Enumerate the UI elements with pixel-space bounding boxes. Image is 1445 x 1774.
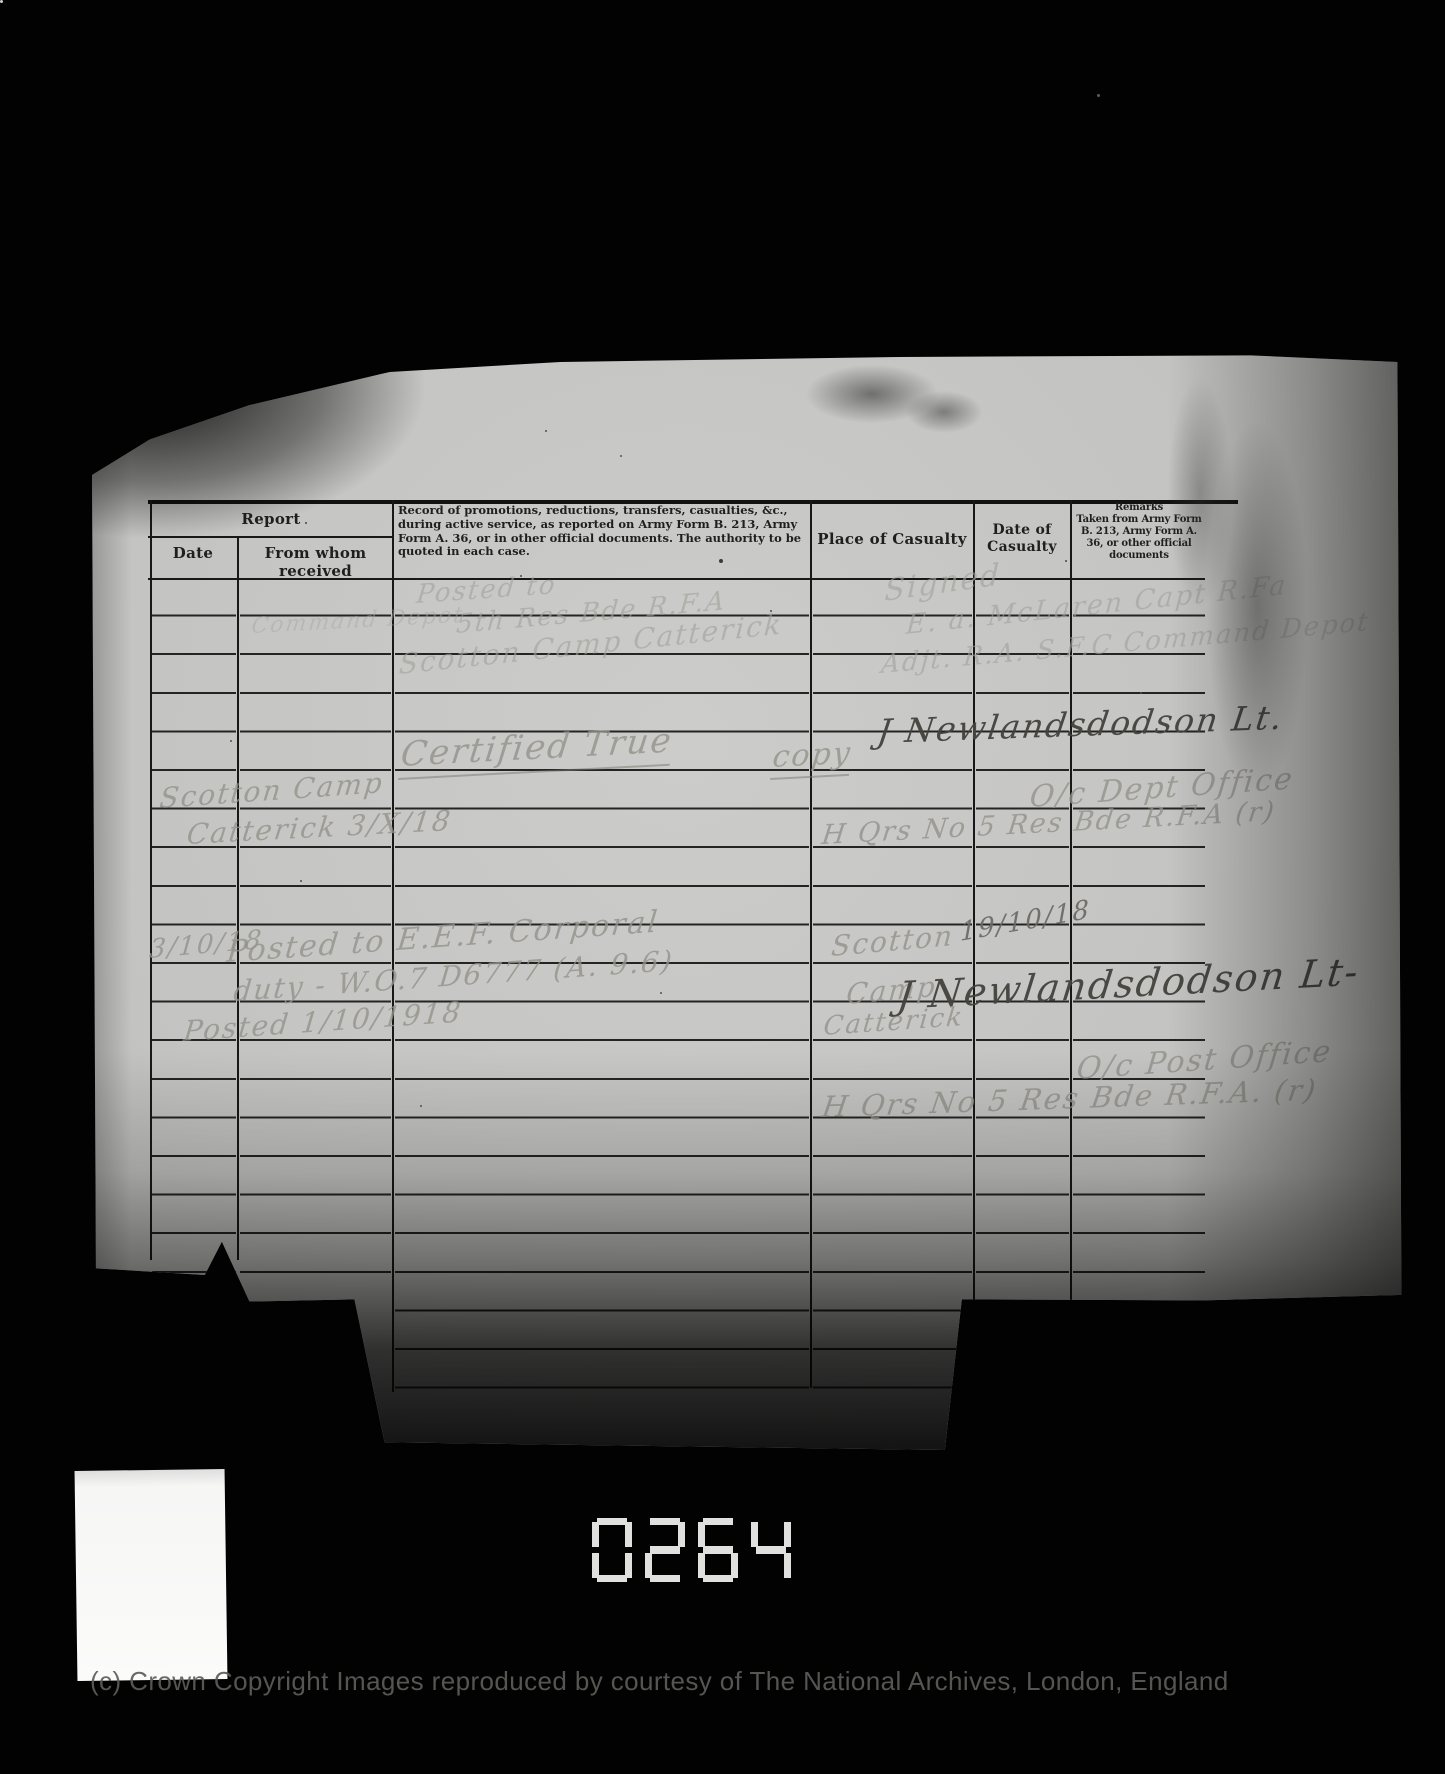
handwriting-layer: Posted toSignedCommand Depot5th Res Bde …: [92, 352, 1404, 1460]
handwriting-entry: Catterick: [822, 1002, 966, 1042]
handwriting-entry: J Newlandsdodson Lt.: [875, 698, 1287, 751]
handwriting-entry: Command Depot: [250, 603, 466, 639]
counter-digit: [698, 1518, 738, 1582]
handwriting-entry: 19/10/18: [960, 894, 1091, 948]
handwriting-entry: Posted 1/10/1918: [182, 995, 464, 1048]
handwriting-entry: Scotton Camp: [158, 766, 386, 815]
paper-sheet: Report Date From whom received Record of…: [92, 352, 1404, 1460]
scanned-page: Report Date From whom received Record of…: [0, 0, 1445, 1774]
copyright-text: (c) Crown Copyright Images reproduced by…: [90, 1666, 1410, 1697]
handwriting-entry: copy: [770, 736, 854, 780]
dust-specks: [0, 0, 3, 3]
white-reference-card: [75, 1469, 228, 1681]
counter-digit: [592, 1518, 632, 1582]
frame-counter: [592, 1518, 791, 1582]
handwriting-entry: H Qrs No 5 Res Bde R.F.A. (r): [820, 1073, 1320, 1124]
handwriting-entry: J Newlandsdodson Lt-: [895, 949, 1362, 1018]
handwriting-entry: Scotton: [830, 919, 956, 963]
paper-specks: [92, 352, 94, 354]
handwriting-entry: Certified True: [398, 720, 675, 780]
counter-digit: [645, 1518, 685, 1582]
handwriting-entry: Catterick 3/X/18: [185, 804, 454, 851]
counter-digit: [751, 1518, 791, 1582]
